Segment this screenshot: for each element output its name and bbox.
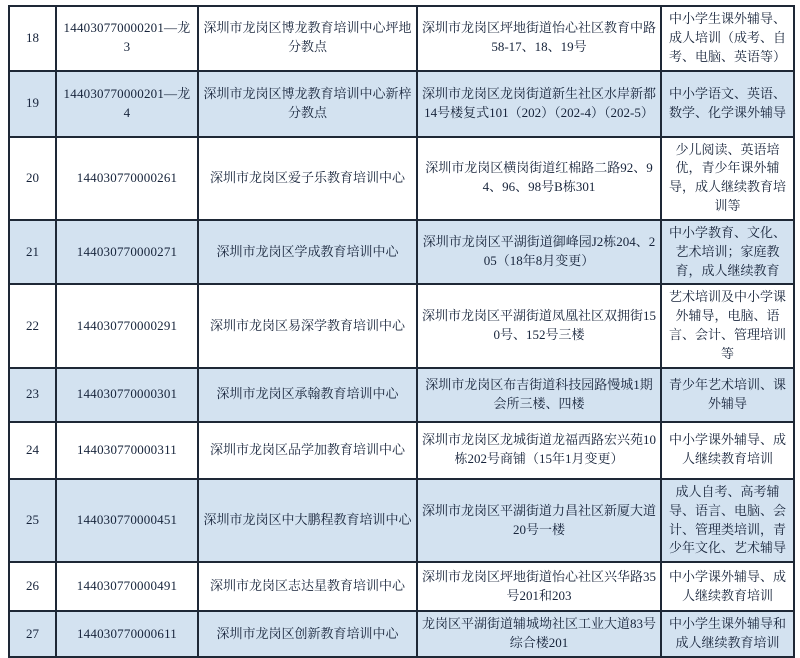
address-cell: 深圳市龙岗区坪地街道怡心社区教育中路58-17、18、19号: [417, 6, 661, 71]
table-row: 19 144030770000201—龙4 深圳市龙岗区博龙教育培训中心新梓分教…: [9, 71, 794, 137]
row-number-cell: 25: [9, 479, 56, 553]
row-number-cell: 24: [9, 422, 56, 479]
training-scope-cell: 成人自考、高考辅导、语言、电脑、会计、管理类培训，青少年文化、艺术辅导: [661, 479, 794, 553]
table-row: 23 144030770000301 深圳市龙岗区承翰教育培训中心 深圳市龙岗区…: [9, 368, 794, 422]
address-cell: 深圳市龙岗区平湖街道凤凰社区双拥街150号、152号三楼: [417, 284, 661, 367]
training-center-registration-table: 18 144030770000201—龙3 深圳市龙岗区博龙教育培训中心坪地分教…: [8, 5, 795, 553]
row-number-cell: 21: [9, 220, 56, 285]
license-number-cell: 144030770000301: [56, 368, 198, 422]
institution-name-cell: 深圳市龙岗区承翰教育培训中心: [198, 368, 417, 422]
row-number-cell: 22: [9, 284, 56, 367]
table-row: 20 144030770000261 深圳市龙岗区爱子乐教育培训中心 深圳市龙岗…: [9, 137, 794, 220]
row-number-cell: 19: [9, 71, 56, 137]
institution-name-cell: 深圳市龙岗区品学加教育培训中心: [198, 422, 417, 479]
table-row: 21 144030770000271 深圳市龙岗区学成教育培训中心 深圳市龙岗区…: [9, 220, 794, 285]
address-cell: 深圳市龙岗区布吉街道科技园路慢城1期会所三楼、四楼: [417, 368, 661, 422]
address-cell: 深圳市龙岗区龙城街道龙福西路宏兴苑10栋202号商铺（15年1月变更）: [417, 422, 661, 479]
address-cell: 深圳市龙岗区平湖街道力昌社区新厦大道20号一楼: [417, 479, 661, 553]
training-scope-cell: 艺术培训及中小学课外辅导，电脑、语言、会计、管理培训等: [661, 284, 794, 367]
table-body: 18 144030770000201—龙3 深圳市龙岗区博龙教育培训中心坪地分教…: [9, 6, 794, 553]
table-row: 25 144030770000451 深圳市龙岗区中大鹏程教育培训中心 深圳市龙…: [9, 479, 794, 553]
address-cell: 深圳市龙岗区龙岗街道新生社区水岸新都14号楼复式101（202）（202-4）（…: [417, 71, 661, 137]
institution-name-cell: 深圳市龙岗区博龙教育培训中心坪地分教点: [198, 6, 417, 71]
training-scope-cell: 中小学生课外辅导、成人培训（成考、自考、电脑、英语等）: [661, 6, 794, 71]
license-number-cell: 144030770000451: [56, 479, 198, 553]
training-scope-cell: 中小学课外辅导、成人继续教育培训: [661, 422, 794, 479]
row-number-cell: 20: [9, 137, 56, 220]
license-number-cell: 144030770000271: [56, 220, 198, 285]
institution-name-cell: 深圳市龙岗区爱子乐教育培训中心: [198, 137, 417, 220]
row-number-cell: 23: [9, 368, 56, 422]
training-scope-cell: 中小学教育、文化、艺术培训；家庭教育，成人继续教育: [661, 220, 794, 285]
table-row: 22 144030770000291 深圳市龙岗区易深学教育培训中心 深圳市龙岗…: [9, 284, 794, 367]
institution-name-cell: 深圳市龙岗区中大鹏程教育培训中心: [198, 479, 417, 553]
address-cell: 深圳市龙岗区横岗街道红棉路二路92、94、96、98号B栋301: [417, 137, 661, 220]
license-number-cell: 144030770000201—龙4: [56, 71, 198, 137]
table-row: 24 144030770000311 深圳市龙岗区品学加教育培训中心 深圳市龙岗…: [9, 422, 794, 479]
address-cell: 深圳市龙岗区平湖街道御峰园J2栋204、205（18年8月变更）: [417, 220, 661, 285]
institution-name-cell: 深圳市龙岗区易深学教育培训中心: [198, 284, 417, 367]
license-number-cell: 144030770000311: [56, 422, 198, 479]
training-scope-cell: 青少年艺术培训、课外辅导: [661, 368, 794, 422]
training-scope-cell: 少儿阅读、英语培优，青少年课外辅导，成人继续教育培训等: [661, 137, 794, 220]
license-number-cell: 144030770000201—龙3: [56, 6, 198, 71]
registration-table-wrapper: 18 144030770000201—龙3 深圳市龙岗区博龙教育培训中心坪地分教…: [8, 5, 795, 553]
institution-name-cell: 深圳市龙岗区博龙教育培训中心新梓分教点: [198, 71, 417, 137]
table-row: 18 144030770000201—龙3 深圳市龙岗区博龙教育培训中心坪地分教…: [9, 6, 794, 71]
license-number-cell: 144030770000291: [56, 284, 198, 367]
training-scope-cell: 中小学语文、英语、数学、化学课外辅导: [661, 71, 794, 137]
row-number-cell: 18: [9, 6, 56, 71]
institution-name-cell: 深圳市龙岗区学成教育培训中心: [198, 220, 417, 285]
license-number-cell: 144030770000261: [56, 137, 198, 220]
